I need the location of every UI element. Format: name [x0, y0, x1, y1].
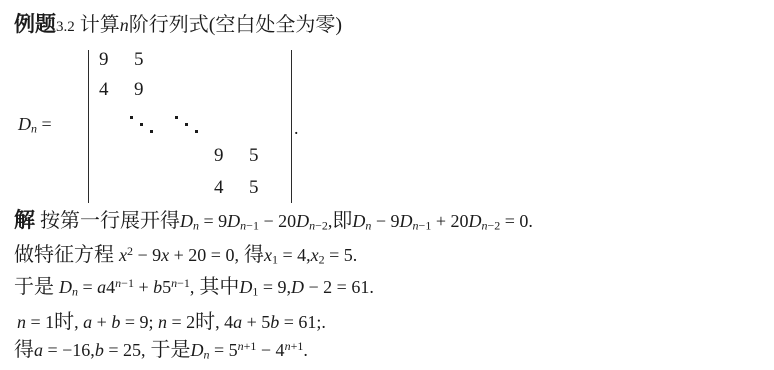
text-run: 3.2 — [56, 19, 75, 35]
document-page: 例题3.2 计算n阶行列式(空白处全为零) Dn = 95499545 . 解 … — [0, 0, 774, 370]
math-supscript: n−1 — [171, 276, 190, 290]
text-run: = 25, — [104, 340, 146, 360]
math-subscript: n−2 — [481, 219, 500, 233]
text-run: = 5. — [325, 245, 358, 265]
text-run: D — [400, 211, 413, 231]
determinant-trailing-period: . — [294, 118, 299, 139]
math-subscript: n−1 — [413, 219, 432, 233]
text-run: n — [17, 312, 26, 332]
text-run: = 4, — [278, 245, 311, 265]
matrix-cell: 5 — [249, 178, 259, 197]
text-run: − 4 — [256, 340, 284, 360]
matrix-cell: 5 — [134, 50, 144, 69]
text-run: D — [59, 277, 72, 297]
text-run: − 20 — [259, 211, 296, 231]
solution-line-initial-conditions: n = 1时, a + b = 9; n = 2时, 4a + 5b = 61;… — [17, 305, 326, 334]
text-run: + — [92, 312, 111, 332]
text-run: − 9 — [371, 211, 399, 231]
text-run: D — [18, 114, 31, 134]
text-run: 时 — [195, 311, 215, 333]
text-run: 于是 — [145, 339, 190, 361]
text-run: n — [120, 15, 129, 35]
text-run: x — [161, 245, 169, 265]
text-run: . — [303, 340, 308, 360]
text-run: − 9 — [133, 245, 161, 265]
text-run: D — [227, 211, 240, 231]
text-run: 得 — [239, 244, 264, 266]
text-run: 阶行列式(空白处全为零) — [129, 14, 342, 36]
text-run: b — [111, 312, 120, 332]
text-run: − 2 = 61. — [304, 277, 374, 297]
text-run: 解 — [14, 208, 35, 232]
determinant-matrix: 95499545 — [88, 50, 292, 203]
math-subscript: n−2 — [309, 219, 328, 233]
text-run: = 9 — [199, 211, 227, 231]
matrix-cell: 4 — [99, 80, 109, 99]
text-run: = 61;. — [279, 312, 326, 332]
text-run: , — [74, 312, 83, 332]
matrix-cell: 4 — [214, 178, 224, 197]
example-title: 例题3.2 计算n阶行列式(空白处全为零) — [14, 8, 342, 38]
text-run: + 5 — [242, 312, 270, 332]
text-run: 5 — [162, 277, 171, 297]
text-run: 计算 — [75, 14, 120, 36]
text-run: = 9, — [258, 277, 291, 297]
math-supscript: n+1 — [285, 339, 304, 353]
matrix-cell: 9 — [99, 50, 109, 69]
matrix-cell: 9 — [134, 80, 144, 99]
math-subscript: n−1 — [240, 219, 259, 233]
text-run: D — [296, 211, 309, 231]
text-run: = — [37, 114, 52, 134]
solution-line-general-form: 于是 Dn = a4n−1 + b5n−1, 其中D1 = 9,D − 2 = … — [14, 270, 374, 299]
text-run: b — [270, 312, 279, 332]
text-run: x — [119, 245, 127, 265]
text-run: 做特征方程 — [14, 244, 119, 266]
text-run: 于是 — [14, 276, 59, 298]
math-supscript: n+1 — [238, 339, 257, 353]
text-run: D — [352, 211, 365, 231]
text-run: 按第一行展开得 — [35, 210, 180, 232]
diagonal-dots-icon — [174, 113, 200, 135]
text-run: D — [291, 277, 304, 297]
text-run: + 20 = 0, — [169, 245, 239, 265]
text-run: a — [83, 312, 92, 332]
text-run: b — [153, 277, 162, 297]
text-run: 4 — [106, 277, 115, 297]
text-run: D — [468, 211, 481, 231]
text-run: = 0. — [500, 211, 533, 231]
text-run: = 1 — [26, 312, 54, 332]
text-run: D — [239, 277, 252, 297]
text-run: + 20 — [431, 211, 468, 231]
text-run: = 2 — [167, 312, 195, 332]
text-run: 即 — [332, 210, 352, 232]
determinant-lhs: Dn = — [18, 114, 52, 135]
text-run: 例题 — [14, 12, 56, 36]
solution-line-recurrence: 解 按第一行展开得Dn = 9Dn−1 − 20Dn−2,即Dn − 9Dn−1… — [14, 204, 533, 234]
text-run: D — [190, 340, 203, 360]
text-run: = 9; — [120, 312, 158, 332]
math-supscript: n−1 — [115, 276, 134, 290]
text-run: = — [78, 277, 97, 297]
text-run: 时 — [54, 311, 74, 333]
text-run: n — [158, 312, 167, 332]
text-run: = 5 — [209, 340, 237, 360]
text-run: = −16, — [43, 340, 95, 360]
matrix-cell: 9 — [214, 146, 224, 165]
text-run: , 4 — [215, 312, 233, 332]
solution-line-characteristic-equation: 做特征方程 x2 − 9x + 20 = 0, 得x1 = 4,x2 = 5. — [14, 238, 357, 267]
text-run: a — [97, 277, 106, 297]
diagonal-dots-icon — [129, 113, 155, 135]
text-run: 其中 — [194, 276, 239, 298]
text-run: x — [264, 245, 272, 265]
text-run: 得 — [14, 339, 34, 361]
text-run: + — [134, 277, 153, 297]
solution-line-final-answer: 得a = −16,b = 25, 于是Dn = 5n+1 − 4n+1. — [14, 333, 308, 362]
text-run: a — [34, 340, 43, 360]
text-run: D — [180, 211, 193, 231]
text-run: x — [311, 245, 319, 265]
text-run: a — [233, 312, 242, 332]
matrix-cell: 5 — [249, 146, 259, 165]
text-run: b — [95, 340, 104, 360]
